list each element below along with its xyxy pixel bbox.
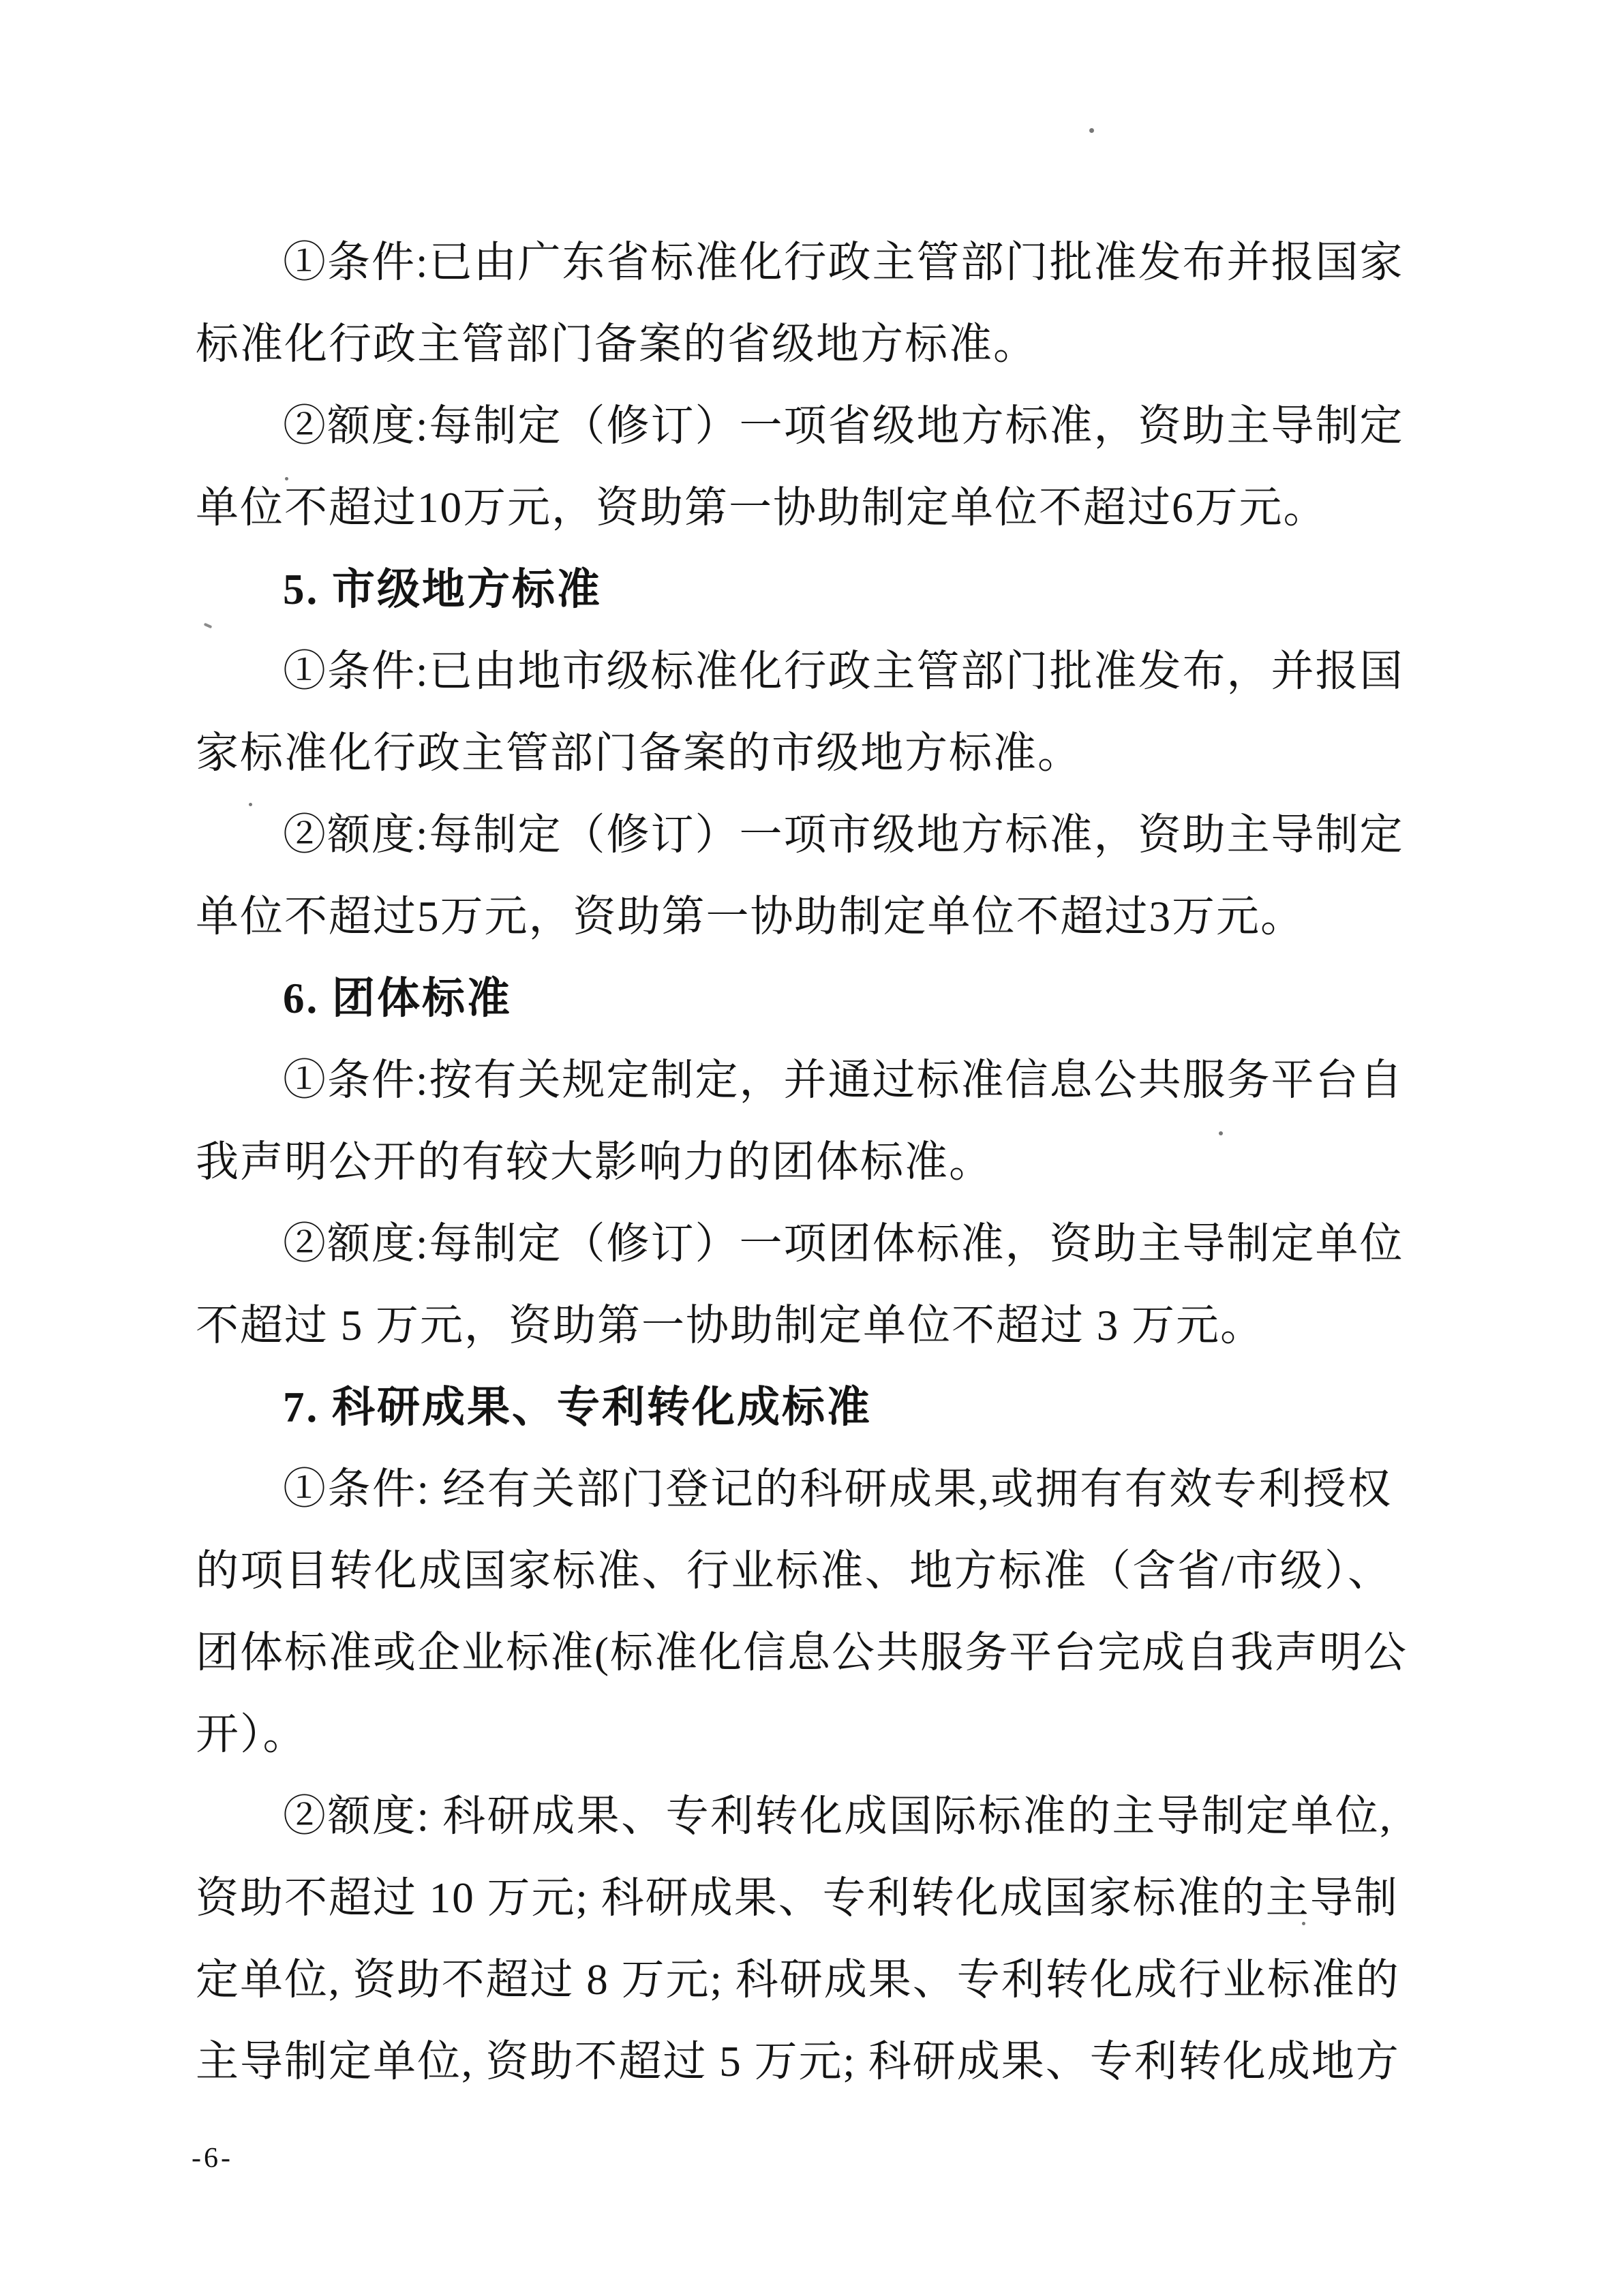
sec7-amount-line-1: ②额度: 科研成果、专利转化成国际标准的主导制定单位, [196,1775,1392,1857]
sec5-condition-line-2: 家标准化行政主管部门备案的市级地方标准。 [196,712,1392,794]
sec7-amount-line-3: 定单位, 资助不超过 8 万元; 科研成果、专利转化成行业标准的 [196,1939,1392,2021]
sec7-condition-line-4: 开）。 [196,1694,1392,1775]
sec6-amount-line-2: 不超过 5 万元，资助第一协助制定单位不超过 3 万元。 [196,1285,1392,1366]
sec4-condition-line-2: 标准化行政主管部门备案的省级地方标准。 [196,303,1392,385]
sec7-condition-line-3: 团体标准或企业标准(标准化信息公共服务平台完成自我声明公 [196,1612,1392,1694]
sec7-amount-line-2: 资助不超过 10 万元; 科研成果、专利转化成国家标准的主导制 [196,1857,1392,1939]
sec4-condition-line-1: ①条件:已由广东省标准化行政主管部门批准发布并报国家 [196,221,1392,303]
sec6-amount-line-1: ②额度:每制定（修订）一项团体标准，资助主导制定单位 [196,1203,1392,1285]
sec4-amount-line-2: 单位不超过10万元，资助第一协助制定单位不超过6万元。 [196,467,1392,549]
sec4-amount-line-1: ②额度:每制定（修订）一项省级地方标准，资助主导制定 [196,385,1392,467]
sec5-condition-line-1: ①条件:已由地市级标准化行政主管部门批准发布，并报国 [196,630,1392,712]
scan-speck [1219,1131,1223,1135]
scanned-document-page: ①条件:已由广东省标准化行政主管部门批准发布并报国家 标准化行政主管部门备案的省… [0,0,1623,2296]
sec6-condition-line-1: ①条件:按有关规定制定，并通过标准信息公共服务平台自 [196,1039,1392,1121]
scan-speck [285,477,288,480]
sec5-amount-line-2: 单位不超过5万元，资助第一协助制定单位不超过3万元。 [196,876,1392,958]
section-6-heading: 6. 团体标准 [196,958,1392,1039]
section-5-heading: 5. 市级地方标准 [196,549,1392,630]
section-7-heading: 7. 科研成果、专利转化成标准 [196,1366,1392,1448]
sec5-amount-line-1: ②额度:每制定（修订）一项市级地方标准，资助主导制定 [196,794,1392,876]
sec6-condition-line-2: 我声明公开的有较大影响力的团体标准。 [196,1121,1392,1203]
scan-speck [1302,1922,1305,1925]
document-body: ①条件:已由广东省标准化行政主管部门批准发布并报国家 标准化行政主管部门备案的省… [196,221,1392,2102]
page-number: -6- [192,2138,233,2179]
scan-speck [1089,128,1094,133]
sec7-condition-line-1: ①条件: 经有关部门登记的科研成果,或拥有有效专利授权 [196,1448,1392,1530]
sec7-condition-line-2: 的项目转化成国家标准、行业标准、地方标准（含省/市级）、 [196,1530,1392,1612]
sec7-amount-line-4: 主导制定单位, 资助不超过 5 万元; 科研成果、专利转化成地方 [196,2021,1392,2102]
scan-speck [249,803,252,806]
